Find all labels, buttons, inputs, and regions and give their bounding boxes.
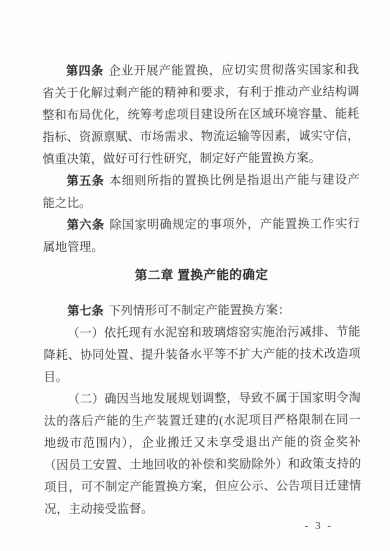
page-number: - 3 - (305, 520, 333, 532)
article-4-text: 企业开展产能置换，应切实贯彻落实国家和我省关于化解过剩产能的精神和要求，有利于推… (42, 62, 359, 166)
document-body: 第四条企业开展产能置换，应切实贯彻落实国家和我省关于化解过剩产能的精神和要求，有… (42, 58, 361, 520)
chapter-2-heading: 第二章 置换产能的确定 (43, 263, 360, 287)
paragraph-article-5: 第五条本细则所指的置换比例是指退出产能与建设产能之比。 (43, 168, 360, 214)
article-4-label: 第四条 (66, 64, 104, 78)
paragraph-item-2: （二）确因当地发展规划调整，导致不属于国家明令淘汰的落后产能的生产装置迁建的(水… (44, 386, 362, 520)
article-6-label: 第六条 (67, 218, 105, 232)
paragraph-article-6: 第六条除国家明确规定的事项外，产能置换工作实行属地管理。 (43, 212, 360, 258)
paragraph-article-4: 第四条企业开展产能置换，应切实贯彻落实国家和我省关于化解过剩产能的精神和要求，有… (42, 58, 360, 170)
article-7-label: 第七条 (67, 304, 103, 318)
article-5-label: 第五条 (67, 174, 105, 188)
paragraph-article-7: 第七条下列情形可不制定产能置换方案： (43, 298, 360, 322)
scanned-document-page: 第四条企业开展产能置换，应切实贯彻落实国家和我省关于化解过剩产能的精神和要求，有… (0, 0, 390, 551)
item-2-text: （二）确因当地发展规划调整，导致不属于国家明令淘汰的落后产能的生产装置迁建的(水… (44, 390, 361, 516)
item-1-text: （一）依托现有水泥窑和玻璃熔窑实施治污减排、节能降耗、协同处置、提升装备水平等不… (44, 324, 361, 384)
paragraph-item-1: （一）依托现有水泥窑和玻璃熔窑实施治污减排、节能降耗、协同处置、提升装备水平等不… (43, 320, 360, 388)
article-7-text: 下列情形可不制定产能置换方案： (109, 303, 291, 318)
